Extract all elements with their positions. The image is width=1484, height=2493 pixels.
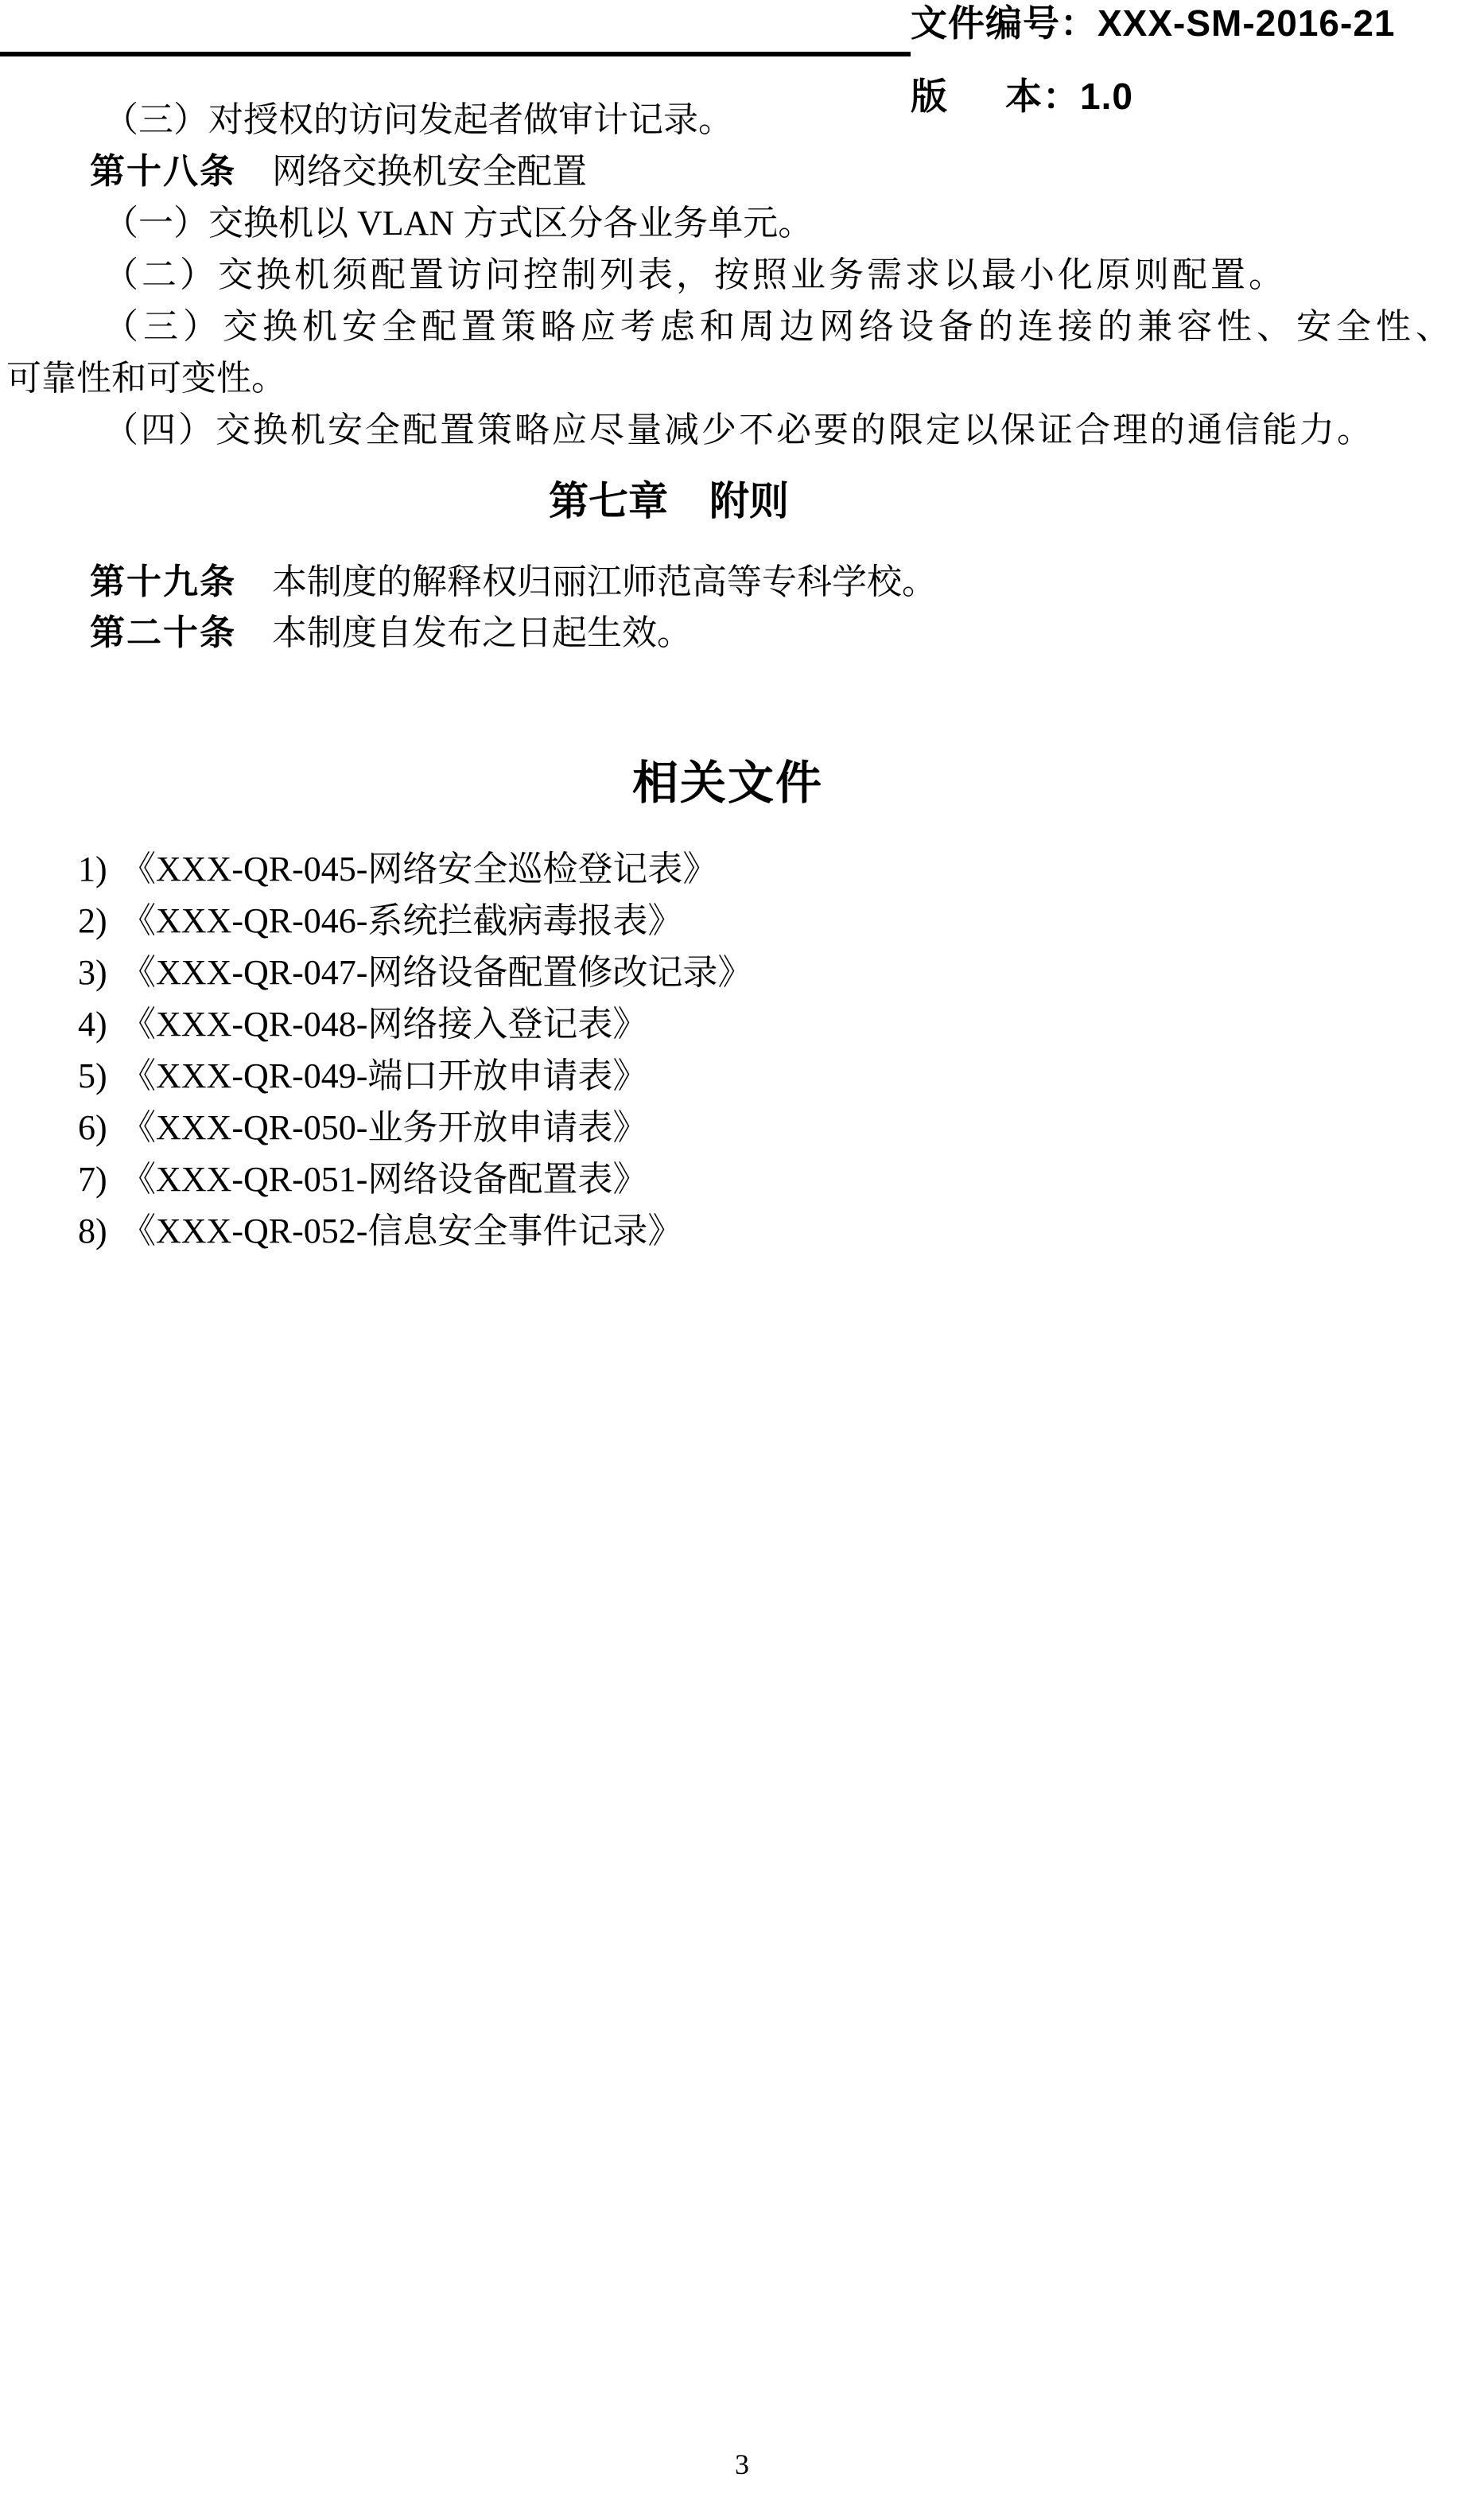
related-file-index: 2) <box>78 895 121 947</box>
related-file-item: 2)《XXX-QR-046-系统拦截病毒报表》 <box>78 895 752 947</box>
related-file-index: 3) <box>78 947 121 998</box>
related-file-index: 1) <box>78 843 121 895</box>
closing-articles: 第十九条本制度的解释权归丽江师范高等专科学校。 第二十条本制度自发布之日起生效。 <box>6 557 937 659</box>
article-20-number: 第二十条 <box>90 613 236 652</box>
article-20-line: 第二十条本制度自发布之日起生效。 <box>6 608 937 659</box>
article-19-text: 本制度的解释权归丽江师范高等专科学校。 <box>272 562 937 601</box>
related-file-index: 4) <box>78 998 121 1050</box>
chapter-7-title: 附则 <box>709 479 789 523</box>
article-18-item-2: （二）交换机须配置访问控制列表，按照业务需求以最小化原则配置。 <box>6 249 1479 301</box>
related-file-index: 5) <box>78 1050 121 1102</box>
doc-number-line: 文件编号：XXX-SM-2016-21 <box>911 3 1396 43</box>
article-18-number: 第十八条 <box>90 152 236 191</box>
related-file-name: 《XXX-QR-048-网络接入登记表》 <box>121 1005 647 1044</box>
related-file-index: 8) <box>78 1205 121 1257</box>
article-18-item-3-line-2: 可靠性和可变性。 <box>6 352 1479 404</box>
related-file-item: 7)《XXX-QR-051-网络设备配置表》 <box>78 1153 752 1205</box>
related-file-index: 7) <box>78 1153 121 1205</box>
related-file-name: 《XXX-QR-052-信息安全事件记录》 <box>121 1211 682 1250</box>
article-20-text: 本制度自发布之日起生效。 <box>272 613 692 652</box>
article-18-item-4: （四）交换机安全配置策略应尽量减少不必要的限定以保证合理的通信能力。 <box>6 404 1479 456</box>
page-number: 3 <box>0 2448 1484 2480</box>
article-19-number: 第十九条 <box>90 562 236 601</box>
article-18-title: 网络交换机安全配置 <box>272 152 587 191</box>
related-files-heading: 相关文件 <box>0 756 1455 811</box>
header-divider-line <box>0 52 911 56</box>
doc-number-value: XXX-SM-2016-21 <box>1097 2 1396 44</box>
article-18-item-3-line-1: （三）交换机安全配置策略应考虑和周边网络设备的连接的兼容性、安全性、 <box>6 301 1479 352</box>
article-18-item-1: （一）交换机以 VLAN 方式区分各业务单元。 <box>6 197 1479 249</box>
related-file-item: 5)《XXX-QR-049-端口开放申请表》 <box>78 1050 752 1102</box>
chapter-7-number: 第七章 <box>549 479 668 523</box>
related-file-name: 《XXX-QR-046-系统拦截病毒报表》 <box>121 901 682 940</box>
related-file-item: 4)《XXX-QR-048-网络接入登记表》 <box>78 998 752 1050</box>
chapter-7-heading: 第七章附则 <box>549 477 789 525</box>
related-file-item: 1)《XXX-QR-045-网络安全巡检登记表》 <box>78 843 752 895</box>
doc-number-label: 文件编号： <box>911 2 1097 44</box>
related-file-item: 3)《XXX-QR-047-网络设备配置修改记录》 <box>78 947 752 998</box>
body-text: （三）对授权的访问发起者做审计记录。 第十八条网络交换机安全配置 （一）交换机以… <box>6 94 1479 456</box>
related-file-index: 6) <box>78 1102 121 1153</box>
related-file-name: 《XXX-QR-049-端口开放申请表》 <box>121 1056 647 1095</box>
paragraph-audit-record: （三）对授权的访问发起者做审计记录。 <box>6 94 1479 146</box>
related-file-name: 《XXX-QR-047-网络设备配置修改记录》 <box>121 953 752 992</box>
related-file-name: 《XXX-QR-050-业务开放申请表》 <box>121 1108 647 1147</box>
related-file-item: 8)《XXX-QR-052-信息安全事件记录》 <box>78 1205 752 1257</box>
related-file-name: 《XXX-QR-045-网络安全巡检登记表》 <box>121 850 717 889</box>
article-18-line: 第十八条网络交换机安全配置 <box>6 146 1479 197</box>
document-page: 文件编号：XXX-SM-2016-21 版本：1.0 （三）对授权的访问发起者做… <box>0 0 1484 2493</box>
related-file-name: 《XXX-QR-051-网络设备配置表》 <box>121 1160 647 1199</box>
related-file-item: 6)《XXX-QR-050-业务开放申请表》 <box>78 1102 752 1153</box>
related-files-list: 1)《XXX-QR-045-网络安全巡检登记表》 2)《XXX-QR-046-系… <box>78 843 752 1257</box>
article-19-line: 第十九条本制度的解释权归丽江师范高等专科学校。 <box>6 557 937 608</box>
